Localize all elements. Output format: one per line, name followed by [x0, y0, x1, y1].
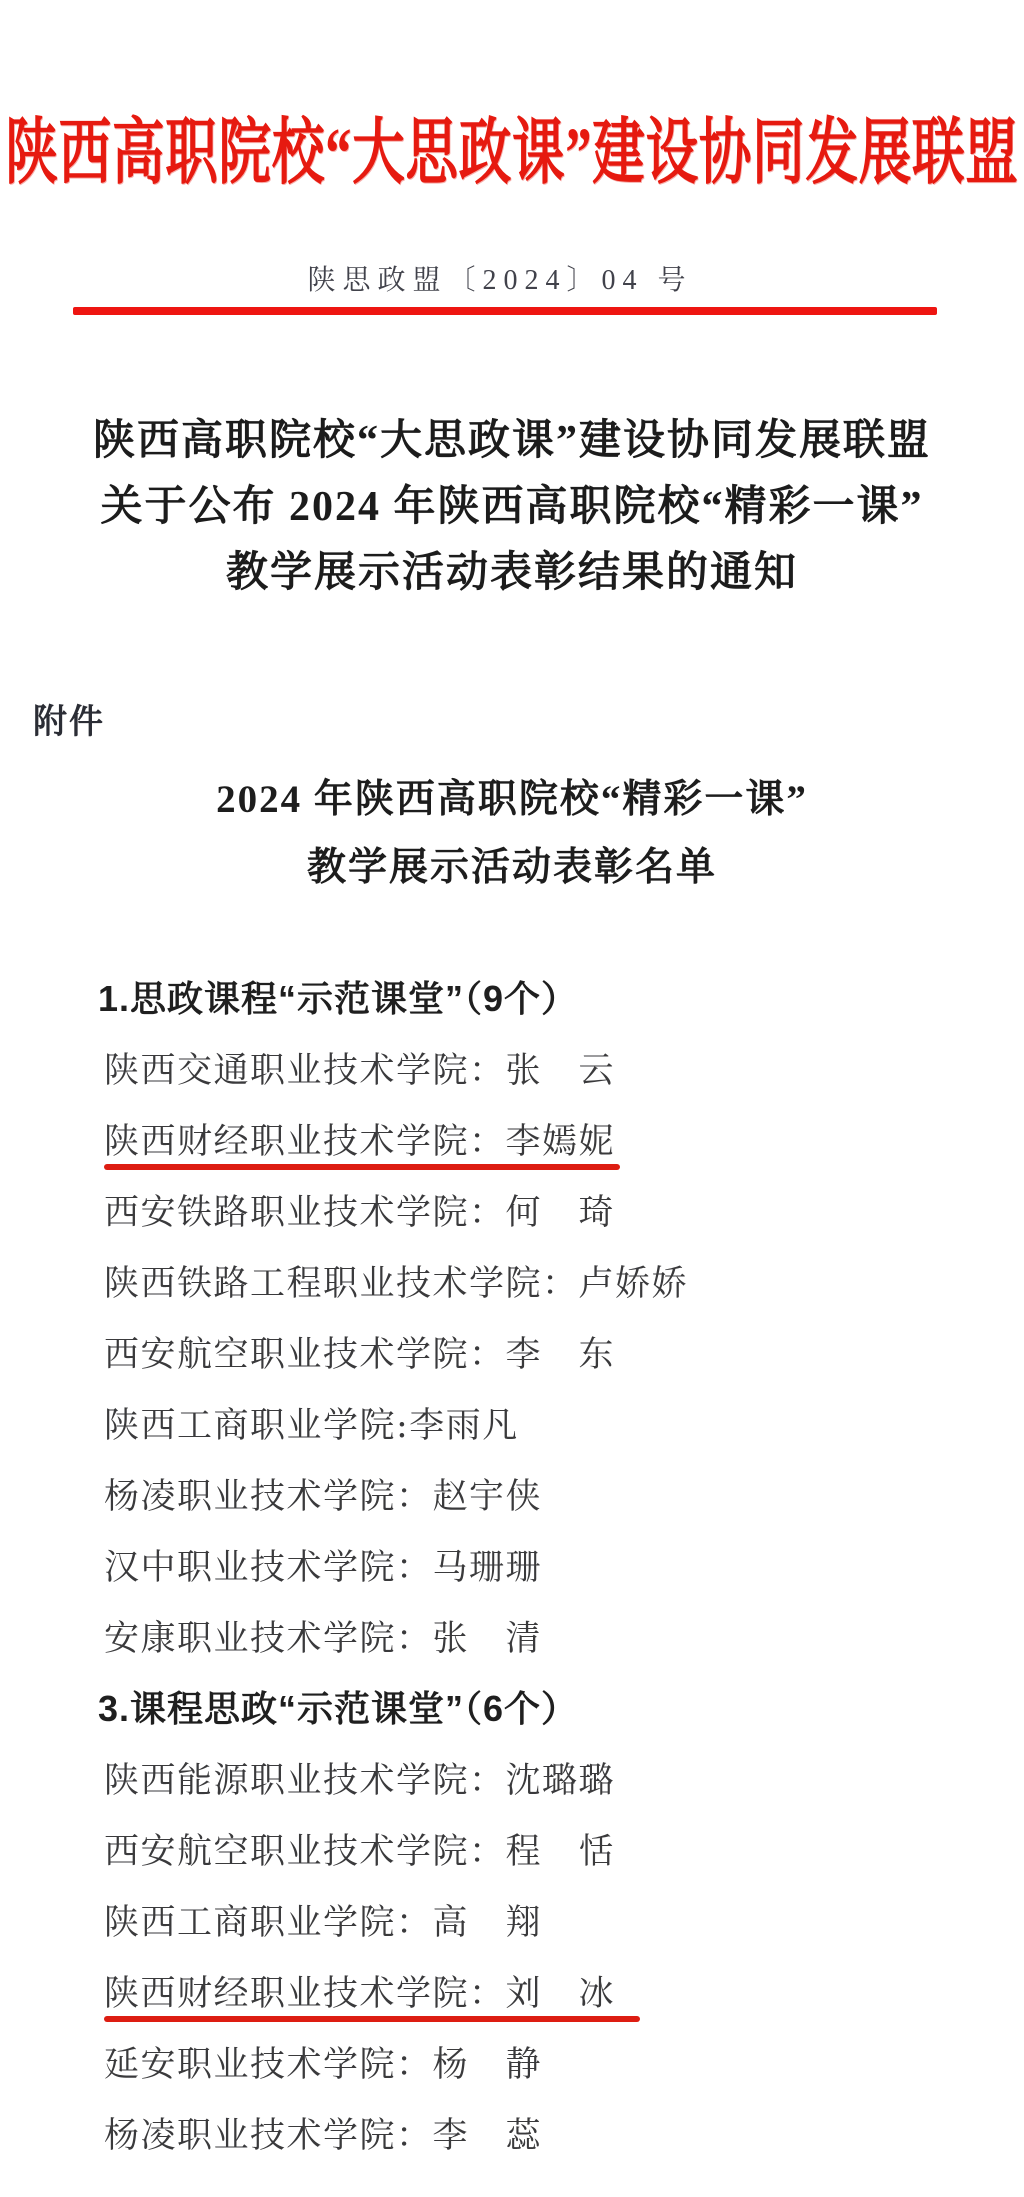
list-item-text: 西安铁路职业技术学院：何 琦 — [104, 1185, 615, 1235]
notice-title-line2: 关于公布 2024 年陕西高职院校“精彩一课” — [0, 474, 1024, 540]
list-item-text: 陕西能源职业技术学院：沈璐璐 — [104, 1753, 615, 1803]
list-item-text: 延安职业技术学院：杨 静 — [104, 2037, 542, 2087]
red-underline — [104, 2016, 640, 2022]
notice-title-line1: 陕西高职院校“大思政课”建设协同发展联盟 — [0, 408, 1024, 474]
attachment-title-line2: 教学展示活动表彰名单 — [0, 834, 1024, 902]
list-item: 安康职业技术学院：张 清 — [0, 1600, 1024, 1671]
notice-document-page: 陕西高职院校“大思政课”建设协同发展联盟 陕思政盟〔2024〕04 号 陕西高职… — [0, 0, 1024, 2197]
list-item-text: 陕西工商职业学院：高 翔 — [104, 1895, 542, 1945]
list-item-text: 杨凌职业技术学院：赵宇侠 — [104, 1469, 542, 1519]
section-1-heading-text: 1.思政课程“示范课堂”（9个） — [98, 971, 578, 1022]
list-item: 杨凌职业技术学院：李 蕊 — [0, 2097, 1024, 2168]
list-item: 西安铁路职业技术学院：何 琦 — [0, 1174, 1024, 1245]
attachment-label: 附件 — [33, 694, 105, 743]
list-item: 西安航空职业技术学院：程 恬 — [0, 1813, 1024, 1884]
list-item: 杨凌职业技术学院：赵宇侠 — [0, 1458, 1024, 1529]
list-item-text: 西安航空职业技术学院：程 恬 — [104, 1824, 615, 1874]
list-item-highlighted: 陕西财经职业技术学院：李嫣妮 — [0, 1103, 1024, 1174]
list-item-text: 陕西工商职业学院:李雨凡 — [104, 1398, 519, 1448]
list-item: 陕西工商职业学院:李雨凡 — [0, 1387, 1024, 1458]
doc-number: 陕思政盟〔2024〕04 号 — [0, 258, 1000, 298]
section-3-heading-text: 3.课程思政“示范课堂”（6个） — [98, 1681, 578, 1732]
list-item-text: 陕西交通职业技术学院：张 云 — [104, 1043, 615, 1093]
list-item-text: 陕西财经职业技术学院：李嫣妮 — [104, 1114, 615, 1164]
list-item: 陕西铁路工程职业技术学院：卢娇娇 — [0, 1245, 1024, 1316]
attachment-title: 2024 年陕西高职院校“精彩一课” 教学展示活动表彰名单 — [0, 766, 1024, 902]
list-item: 延安职业技术学院：杨 静 — [0, 2026, 1024, 2097]
list-item-text: 安康职业技术学院：张 清 — [104, 1611, 542, 1661]
list-item-highlighted: 陕西财经职业技术学院：刘 冰 — [0, 1955, 1024, 2026]
list-item: 陕西交通职业技术学院：张 云 — [0, 1032, 1024, 1103]
section-1-heading: 1.思政课程“示范课堂”（9个） — [0, 961, 1024, 1032]
list-item-text: 杨凌职业技术学院：李 蕊 — [104, 2108, 542, 2158]
section-3-heading: 3.课程思政“示范课堂”（6个） — [0, 1671, 1024, 1742]
list-item: 西安航空职业技术学院：李 东 — [0, 1316, 1024, 1387]
list-item-text: 汉中职业技术学院：马珊珊 — [104, 1540, 542, 1590]
red-underline — [104, 1164, 620, 1170]
list-item-text: 陕西铁路工程职业技术学院：卢娇娇 — [104, 1256, 688, 1306]
list-item-text: 西安航空职业技术学院：李 东 — [104, 1327, 615, 1377]
letterhead-org-title: 陕西高职院校“大思政课”建设协同发展联盟 — [5, 94, 1018, 198]
notice-title: 陕西高职院校“大思政课”建设协同发展联盟 关于公布 2024 年陕西高职院校“精… — [0, 408, 1024, 606]
list-item: 汉中职业技术学院：马珊珊 — [0, 1529, 1024, 1600]
list-item-text: 陕西财经职业技术学院：刘 冰 — [104, 1966, 615, 2016]
notice-title-line3: 教学展示活动表彰结果的通知 — [0, 540, 1024, 606]
red-separator-line — [73, 307, 937, 315]
letterhead: 陕西高职院校“大思政课”建设协同发展联盟 — [0, 96, 1024, 196]
list-item: 陕西能源职业技术学院：沈璐璐 — [0, 1742, 1024, 1813]
list-item: 陕西工商职业学院：高 翔 — [0, 1884, 1024, 1955]
attachment-title-line1: 2024 年陕西高职院校“精彩一课” — [0, 766, 1024, 834]
award-list: 1.思政课程“示范课堂”（9个） 陕西交通职业技术学院：张 云 陕西财经职业技术… — [0, 961, 1024, 2168]
